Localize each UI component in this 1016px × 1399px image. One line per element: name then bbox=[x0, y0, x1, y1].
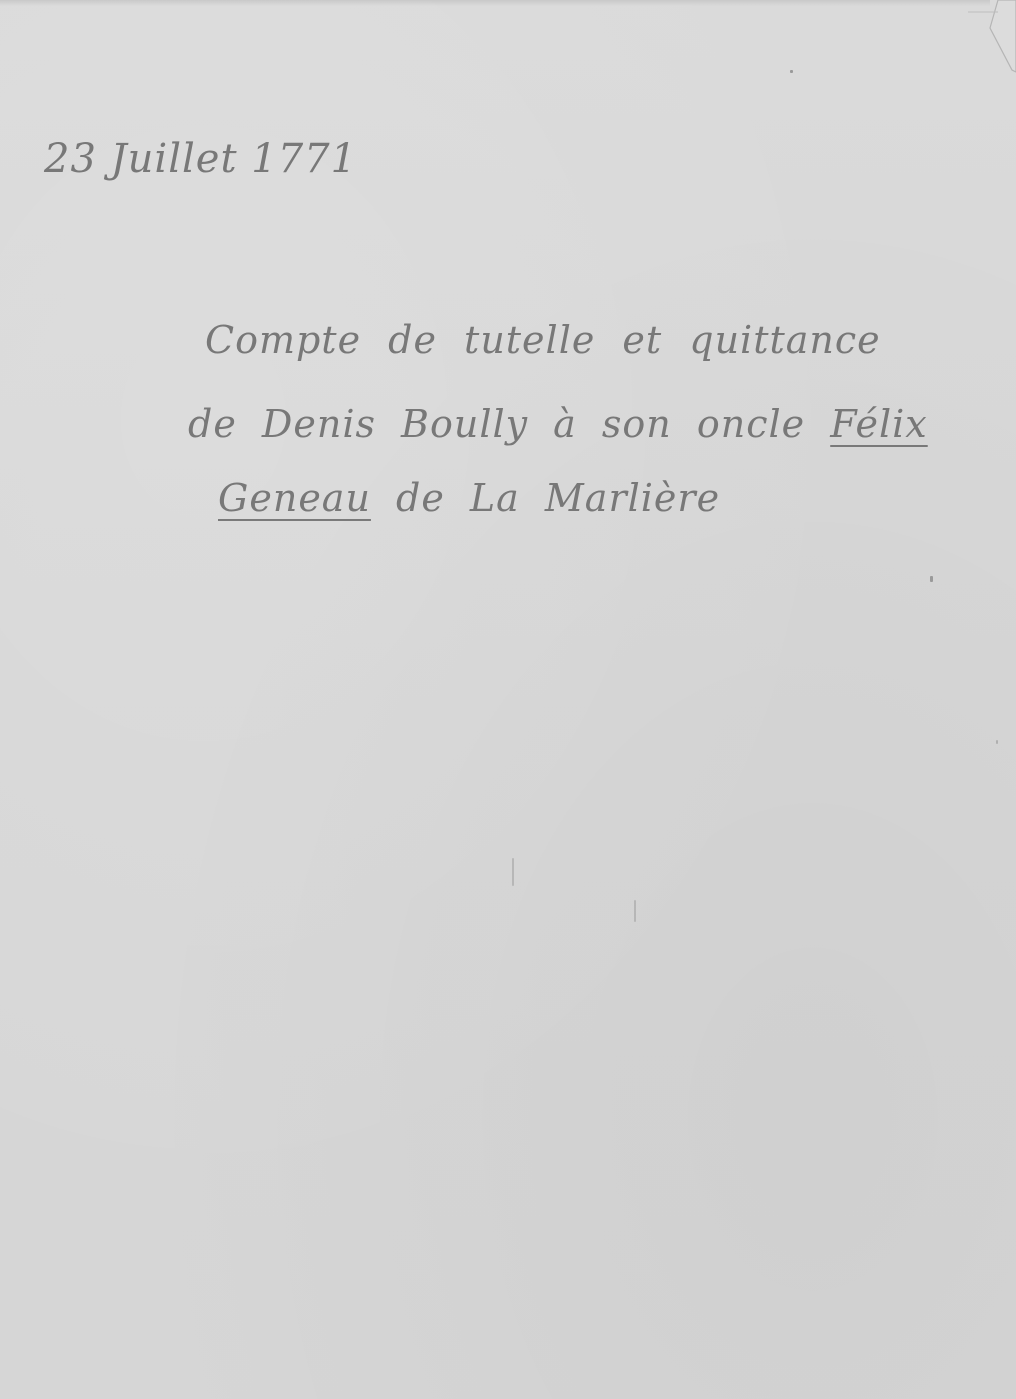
note-line-3: Geneau de La Marlière bbox=[218, 476, 720, 520]
note-line-1-text: Compte de tutelle et quittance bbox=[205, 318, 881, 362]
underlined-name-geneau: Geneau bbox=[218, 476, 371, 520]
note-line-3-text: de La Marlière bbox=[371, 476, 720, 520]
note-line-1: Compte de tutelle et quittance bbox=[205, 318, 881, 362]
note-line-2-text: de Denis Boully à son oncle bbox=[188, 402, 830, 446]
note-line-2: de Denis Boully à son oncle Félix bbox=[188, 402, 928, 446]
paper-speck bbox=[790, 70, 793, 73]
underlined-name-felix: Félix bbox=[830, 402, 928, 446]
date-line: 23 Juillet 1771 bbox=[44, 136, 357, 182]
paper-speck bbox=[512, 858, 514, 886]
scanned-page: 23 Juillet 1771 Compte de tutelle et qui… bbox=[0, 0, 1016, 1399]
paper-speck bbox=[996, 740, 998, 744]
paper-speck bbox=[930, 576, 933, 582]
folded-corner-icon bbox=[968, 0, 1016, 80]
page-top-edge bbox=[0, 0, 990, 6]
paper-speck bbox=[634, 900, 636, 922]
